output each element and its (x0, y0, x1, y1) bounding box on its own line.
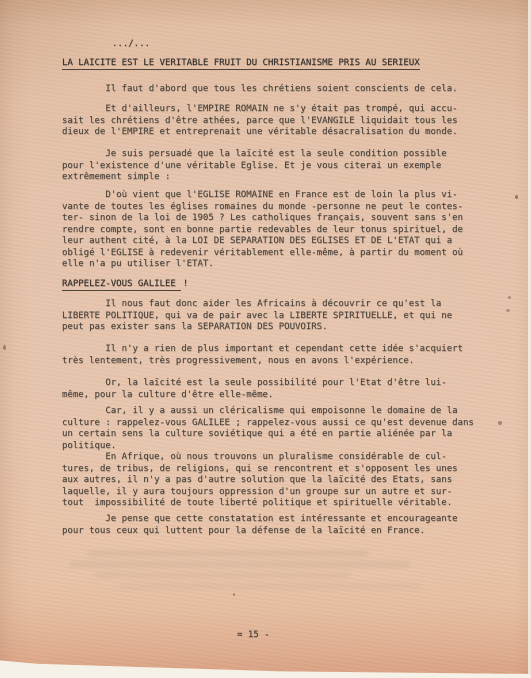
page-number: = 15 - (237, 630, 270, 642)
scanned-document-page: .../... LA LAICITE EST LE VERITABLE FRUI… (0, 0, 531, 678)
paper-texture (0, 0, 531, 678)
paragraph-liberte-politique: Il nous faut donc aider les Africains à … (62, 299, 452, 334)
section-heading-exclamation: ! (183, 279, 188, 289)
paper-sheet: .../... LA LAICITE EST LE VERITABLE FRUI… (0, 0, 531, 678)
paper-speck (3, 345, 6, 350)
paragraph-clericalisme-afrique: Car, il y a aussi un cléricalisme qui em… (62, 406, 474, 510)
paragraph-eglise-romaine: D'où vient que l'EGLISE ROMAINE en Franc… (62, 190, 463, 271)
document-title-text: LA LAICITE EST LE VERITABLE FRUIT DU CHR… (62, 58, 420, 70)
show-through-smudge (120, 584, 420, 588)
paper-speck (515, 195, 518, 199)
document-title: LA LAICITE EST LE VERITABLE FRUIT DU CHR… (62, 58, 420, 70)
paragraph-empire-romain: Et d'ailleurs, l'EMPIRE ROMAIN ne s'y ét… (62, 104, 458, 139)
show-through-smudge (88, 551, 368, 556)
section-heading-galilee: RAPPELEZ-VOUS GALILEE! (62, 279, 188, 291)
paper-speck (508, 296, 511, 299)
paragraph-conclusion: Je pense que cette constatation est inté… (62, 514, 458, 537)
paragraph-chretiens-conscients: Il faut d'abord que tous les chrétiens s… (62, 84, 458, 96)
paper-speck (506, 309, 510, 312)
paragraph-etat-lui-meme: Or, la laïcité est la seule possibilité … (62, 378, 447, 401)
continuation-mark: .../... (112, 39, 150, 51)
paper-speck (233, 593, 235, 596)
show-through-smudge (95, 573, 350, 577)
section-heading-text: RAPPELEZ-VOUS GALILEE (62, 279, 181, 291)
paragraph-laicite-condition: Je suis persuadé que la laïcité est la s… (62, 149, 447, 184)
show-through-smudge (70, 562, 410, 567)
paragraph-idee-lente: Il n'y a rien de plus important et cepen… (62, 344, 463, 367)
paper-speck (498, 421, 502, 425)
